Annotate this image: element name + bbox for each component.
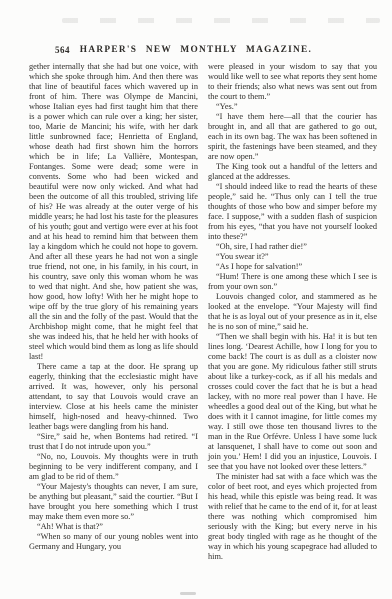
paragraph: “Oh, sire, I had rather die!” bbox=[208, 242, 377, 252]
paragraph: The minister had sat with a face which w… bbox=[208, 472, 377, 562]
magazine-page: 564 HARPER'S NEW MONTHLY MAGAZINE. gethe… bbox=[0, 0, 392, 599]
paragraph: “Then we shall begin with his. Ha! it is… bbox=[208, 332, 377, 472]
running-header: 564 HARPER'S NEW MONTHLY MAGAZINE. bbox=[0, 45, 392, 57]
paragraph: “I have them here—all that the courier h… bbox=[208, 112, 377, 162]
paragraph: “Hum! There is one among these which I s… bbox=[208, 272, 377, 292]
paragraph: Louvois changed color, and stammered as … bbox=[208, 292, 377, 332]
magazine-title: HARPER'S NEW MONTHLY MAGAZINE. bbox=[0, 45, 392, 55]
paragraph: “Sire,” said he, when Bontems had retire… bbox=[29, 432, 198, 452]
paragraph: “When so many of our young nobles went i… bbox=[29, 532, 198, 552]
paragraph: gether internally that she had but one v… bbox=[29, 62, 198, 362]
paragraph: “Yes.” bbox=[208, 102, 377, 112]
text-columns: gether internally that she had but one v… bbox=[29, 62, 377, 562]
paragraph: “I should indeed like to read the hearts… bbox=[208, 182, 377, 242]
paragraph: “You swear it?” bbox=[208, 252, 377, 262]
paragraph: “Ah! What is that?” bbox=[29, 522, 198, 532]
right-column: were pleased in your wisdom to say that … bbox=[208, 62, 377, 562]
paragraph: There came a tap at the door. He sprang … bbox=[29, 362, 198, 432]
paragraph: “Your Majesty's thoughts can never, I am… bbox=[29, 482, 198, 522]
paragraph: “No, no, Louvois. My thoughts were in tr… bbox=[29, 452, 198, 482]
scan-artifact bbox=[180, 592, 196, 595]
left-column: gether internally that she had but one v… bbox=[29, 62, 198, 562]
scan-artifact bbox=[62, 18, 380, 23]
paragraph: were pleased in your wisdom to say that … bbox=[208, 62, 377, 102]
paragraph: The King took out a handful of the lette… bbox=[208, 162, 377, 182]
paragraph: “As I hope for salvation!” bbox=[208, 262, 377, 272]
